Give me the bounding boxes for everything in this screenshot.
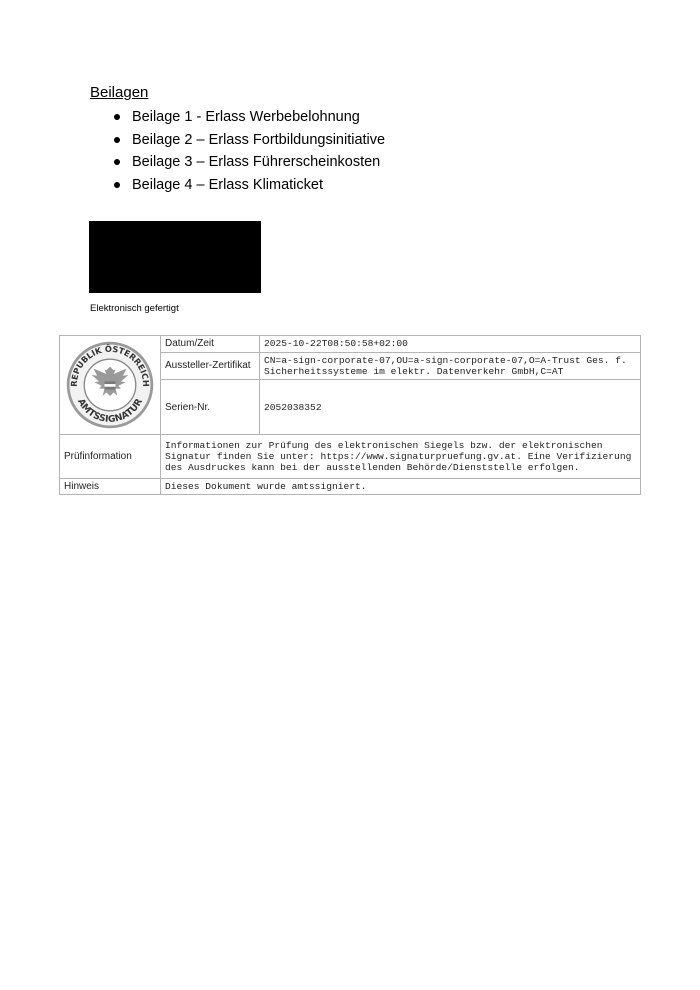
row-value-pruefinformation: Informationen zur Prüfung des elektronis… xyxy=(161,435,641,479)
attachment-label: Beilage 2 – Erlass Fortbildungsinitiativ… xyxy=(132,132,385,148)
electronic-signature-note: Elektronisch gefertigt xyxy=(90,303,179,314)
official-signature-table: REPUBLIK ÖSTERREICH AMTSSIGNATUR Datum/Z… xyxy=(59,335,641,495)
bullet-icon xyxy=(114,182,120,188)
bullet-icon xyxy=(114,159,120,165)
list-item: Beilage 3 – Erlass Führerscheinkosten xyxy=(110,151,385,174)
row-value-datetime: 2025-10-22T08:50:58+02:00 xyxy=(260,336,641,353)
row-value-certificate: CN=a-sign-corporate-07,OU=a-sign-corpora… xyxy=(260,352,641,380)
row-value-hinweis: Dieses Dokument wurde amtssigniert. xyxy=(161,479,641,495)
row-label-datetime: Datum/Zeit xyxy=(161,336,260,353)
row-label-hinweis: Hinweis xyxy=(60,479,161,495)
bullet-icon xyxy=(114,137,120,143)
attachment-label: Beilage 3 – Erlass Führerscheinkosten xyxy=(132,154,380,170)
seal-cell: REPUBLIK ÖSTERREICH AMTSSIGNATUR xyxy=(60,336,161,435)
attachments-list: Beilage 1 - Erlass Werbebelohnung Beilag… xyxy=(110,106,385,196)
list-item: Beilage 1 - Erlass Werbebelohnung xyxy=(110,106,385,129)
row-label-pruefinformation: Prüfinformation xyxy=(60,435,161,479)
list-item: Beilage 2 – Erlass Fortbildungsinitiativ… xyxy=(110,129,385,152)
redacted-signature-block xyxy=(89,221,261,293)
row-label-serial: Serien-Nr. xyxy=(161,380,260,435)
austrian-eagle-seal-icon: REPUBLIK ÖSTERREICH AMTSSIGNATUR xyxy=(64,339,156,431)
bullet-icon xyxy=(114,114,120,120)
attachments-heading: Beilagen xyxy=(90,84,148,101)
attachment-label: Beilage 1 - Erlass Werbebelohnung xyxy=(132,109,360,125)
attachment-label: Beilage 4 – Erlass Klimaticket xyxy=(132,177,323,193)
list-item: Beilage 4 – Erlass Klimaticket xyxy=(110,174,385,197)
row-value-serial: 2052038352 xyxy=(260,380,641,435)
row-label-certificate: Aussteller-Zertifikat xyxy=(161,352,260,380)
